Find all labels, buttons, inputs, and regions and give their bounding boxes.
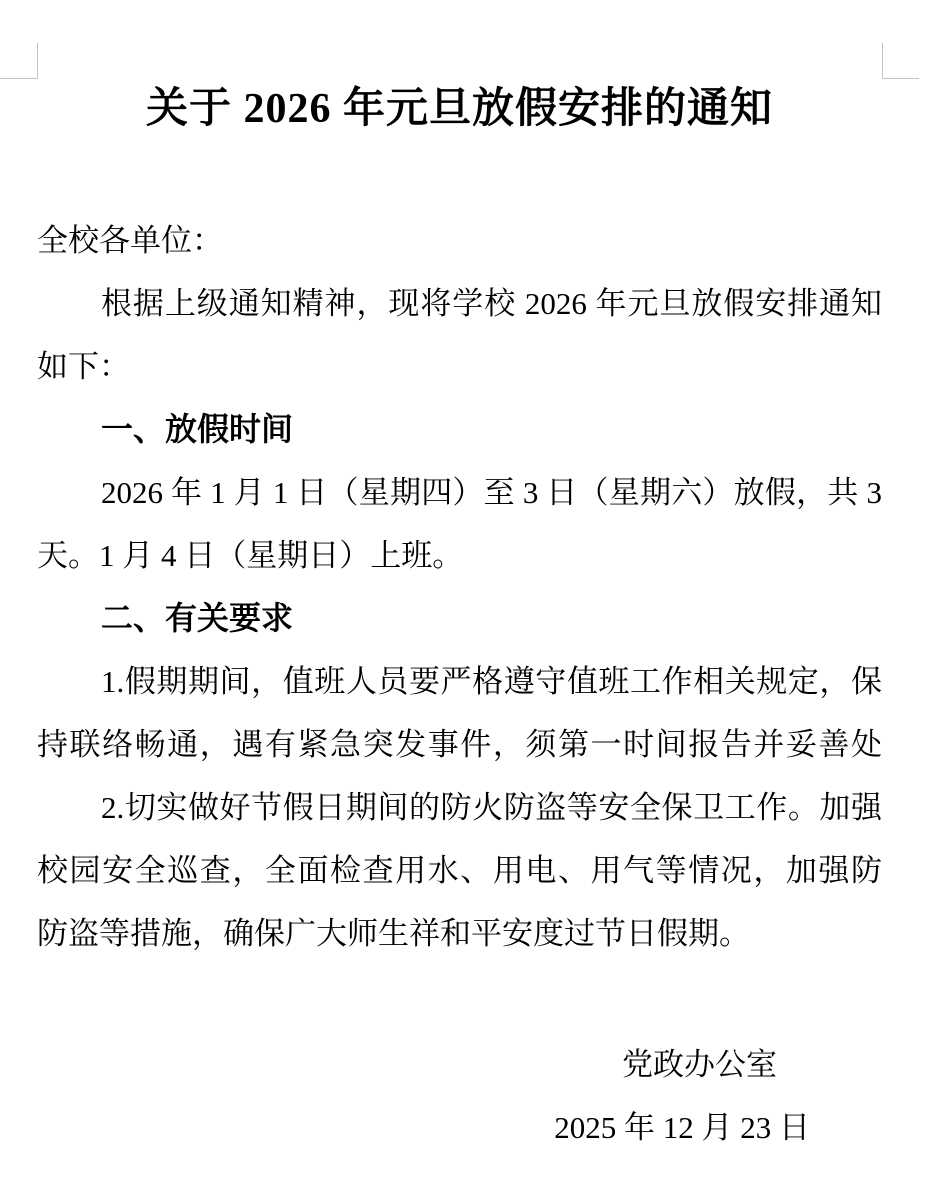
- requirement-1-line-2: 持联络畅通，遇有紧急突发事件，须第一时间报告并妥善处理。: [37, 713, 882, 776]
- intro-line-1: 根据上级通知精神，现将学校 2026 年元旦放假安排通知: [37, 272, 882, 335]
- section-1-line-2: 天。1 月 4 日（星期日）上班。: [37, 524, 882, 587]
- signature-block: 党政办公室 2025 年 12 月 23 日: [37, 1033, 882, 1159]
- margin-mark-top-left: [0, 43, 38, 79]
- section-1-heading: 一、放假时间: [37, 398, 882, 461]
- salutation-line: 全校各单位：: [37, 209, 882, 272]
- section-2-heading: 二、有关要求: [37, 587, 882, 650]
- document-body: 全校各单位： 根据上级通知精神，现将学校 2026 年元旦放假安排通知 如下： …: [37, 209, 882, 965]
- requirement-2-line-1: 2.切实做好节假日期间的防火防盗等安全保卫工作。加强: [37, 776, 882, 839]
- signature-office: 党政办公室: [37, 1033, 882, 1096]
- document-page: 关于 2026 年元旦放假安排的通知 全校各单位： 根据上级通知精神，现将学校 …: [0, 0, 950, 1182]
- margin-mark-top-right: [882, 43, 919, 79]
- requirement-1-line-1: 1.假期期间，值班人员要严格遵守值班工作相关规定，保: [37, 650, 882, 713]
- document-title: 关于 2026 年元旦放假安排的通知: [37, 78, 882, 141]
- requirement-2-line-3: 防盗等措施，确保广大师生祥和平安度过节日假期。: [37, 902, 882, 965]
- requirement-2-line-2: 校园安全巡查，全面检查用水、用电、用气等情况，加强防火、: [37, 839, 882, 902]
- intro-line-2: 如下：: [37, 335, 882, 398]
- section-1-line-1: 2026 年 1 月 1 日（星期四）至 3 日（星期六）放假，共 3: [37, 461, 882, 524]
- signature-date: 2025 年 12 月 23 日: [37, 1096, 882, 1159]
